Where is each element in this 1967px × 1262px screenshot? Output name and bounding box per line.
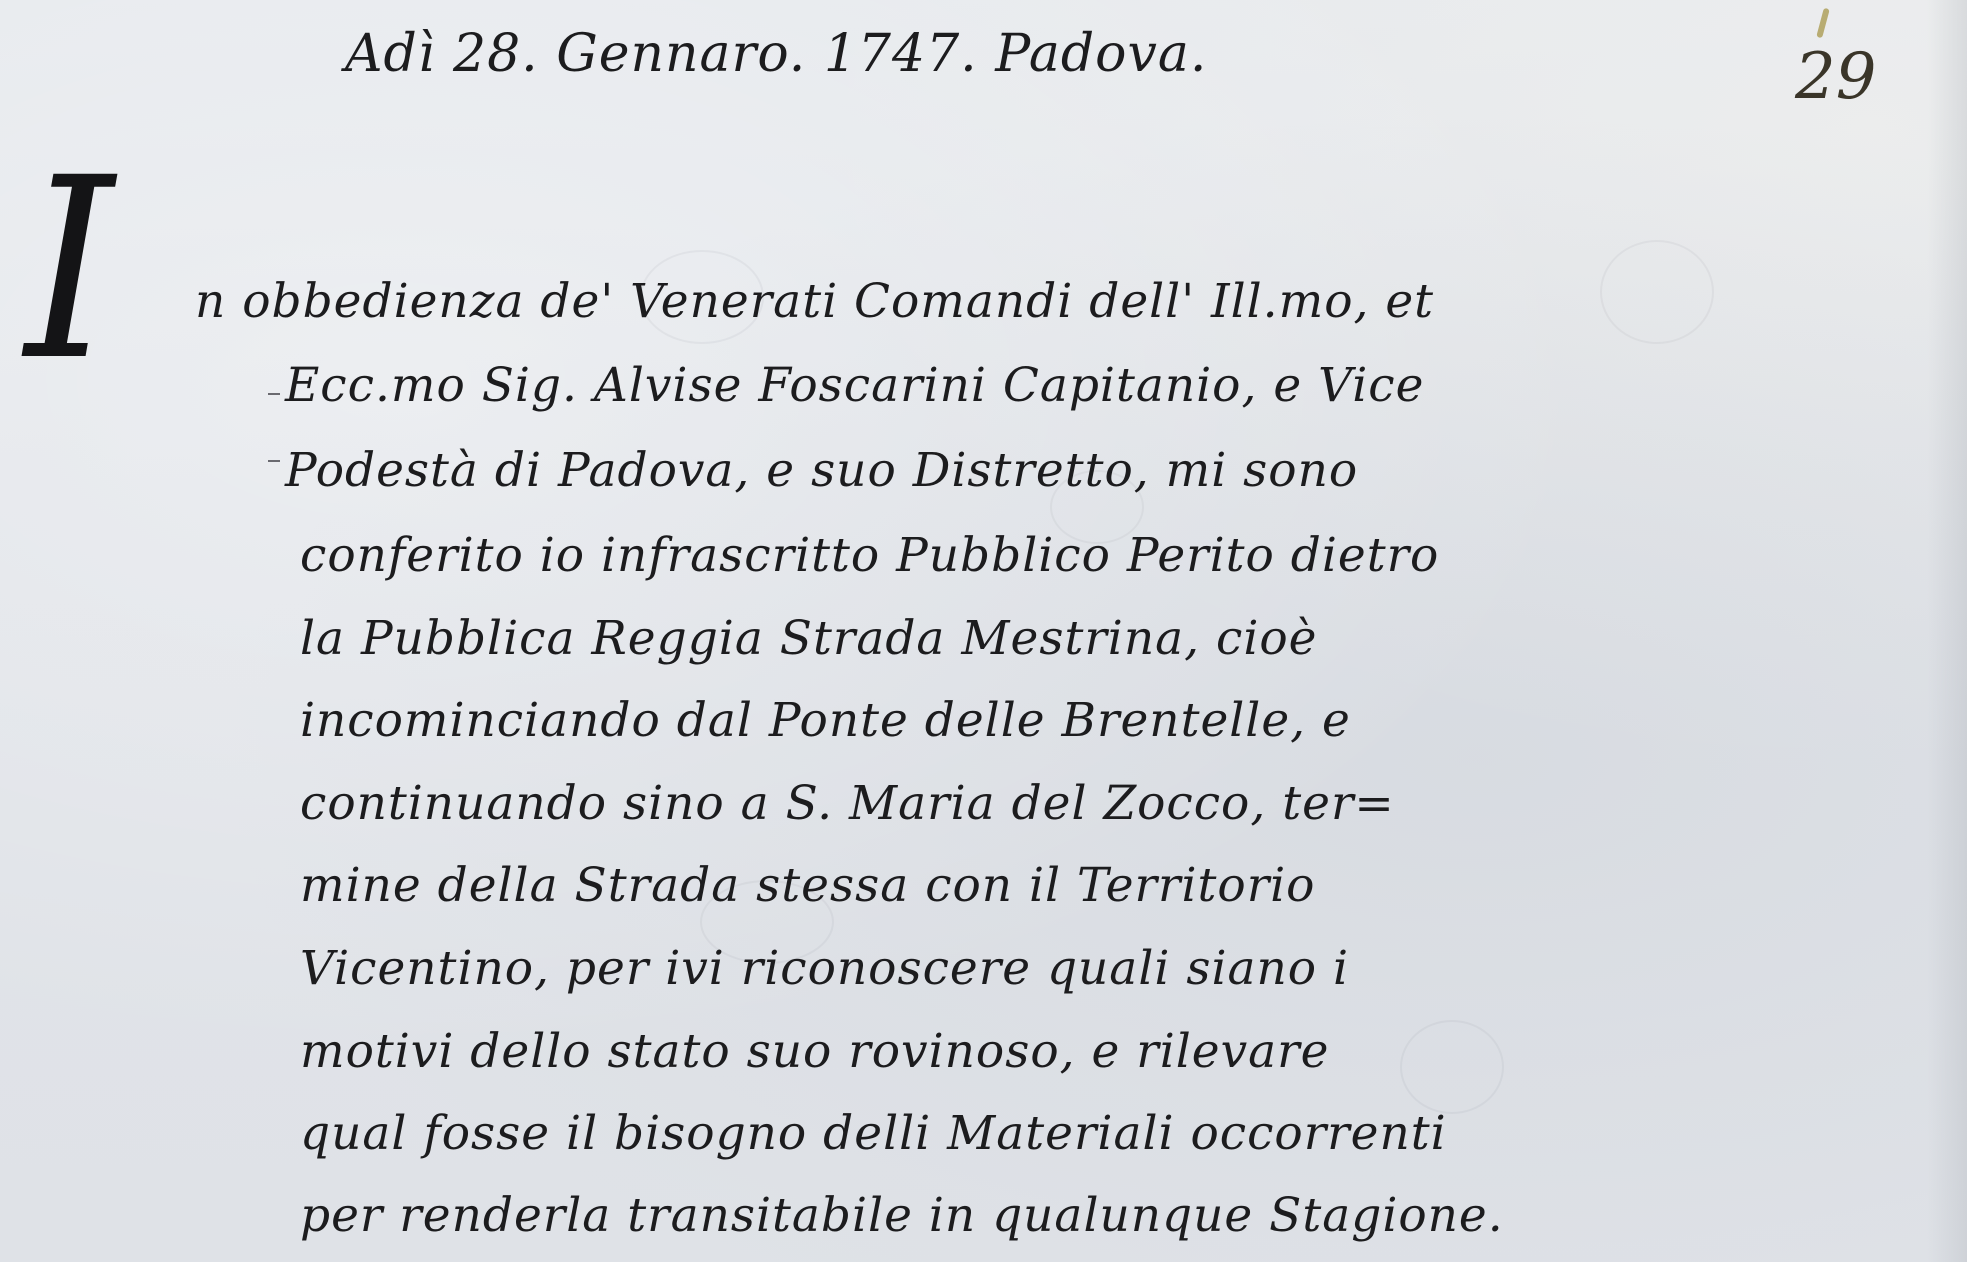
- text-line-12: per renderla transitabile in qualunque S…: [300, 1192, 1504, 1239]
- folio-pencil-mark: [1816, 8, 1830, 39]
- bleed-through-mark: [1400, 1020, 1504, 1114]
- document-header-date-place: Adì 28. Gennaro. 1747. Padova.: [345, 28, 1207, 80]
- text-line-2: Ecc.mo Sig. Alvise Foscarini Capitanio, …: [285, 362, 1424, 409]
- folio-number: 29: [1795, 40, 1876, 114]
- drop-cap-initial: I: [25, 145, 114, 395]
- text-line-9: Vicentino, per ivi riconoscere quali sia…: [300, 945, 1349, 992]
- bleed-through-mark: [1600, 240, 1714, 344]
- text-line-8: mine della Strada stessa con il Territor…: [300, 862, 1315, 909]
- manuscript-page: Adì 28. Gennaro. 1747. Padova. 29 I n ob…: [0, 0, 1967, 1262]
- text-line-3: Podestà di Padova, e suo Distretto, mi s…: [285, 447, 1358, 494]
- text-line-5: la Pubblica Reggia Strada Mestrina, cioè: [300, 615, 1317, 662]
- text-line-4: conferito io infrascritto Pubblico Perit…: [300, 532, 1439, 579]
- text-line-7: continuando sino a S. Maria del Zocco, t…: [300, 780, 1395, 827]
- text-line-6: incominciando dal Ponte delle Brentelle,…: [300, 697, 1351, 744]
- text-line-1: n obbedienza de' Venerati Comandi dell' …: [195, 278, 1434, 325]
- text-line-10: motivi dello stato suo rovinoso, e rilev…: [300, 1028, 1329, 1075]
- text-line-11: qual fosse il bisogno delli Materiali oc…: [300, 1110, 1447, 1157]
- margin-mark: [268, 460, 280, 462]
- margin-mark: [268, 393, 280, 395]
- page-edge-shadow: [1927, 0, 1967, 1262]
